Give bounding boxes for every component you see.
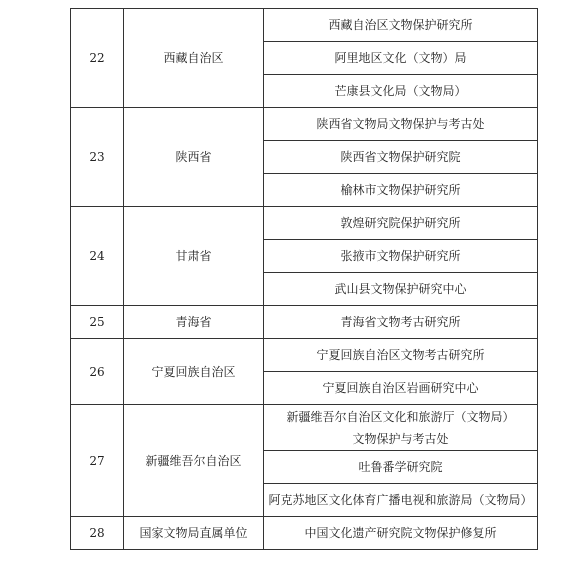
province-cell: 国家文物局直属单位 — [124, 517, 264, 550]
table-row: 22 西藏自治区 西藏自治区文物保护研究所 — [71, 9, 538, 42]
unit-cell: 张掖市文物保护研究所 — [264, 240, 538, 273]
province-cell: 西藏自治区 — [124, 9, 264, 108]
institution-table: 22 西藏自治区 西藏自治区文物保护研究所 阿里地区文化（文物）局 芒康县文化局… — [70, 8, 538, 550]
row-number: 26 — [71, 339, 124, 405]
row-number: 27 — [71, 405, 124, 517]
row-number: 24 — [71, 207, 124, 306]
unit-cell: 武山县文物保护研究中心 — [264, 273, 538, 306]
unit-cell-line: 新疆维吾尔自治区文化和旅游厅（文物局） — [264, 406, 537, 428]
unit-cell: 陕西省文物局文物保护与考古处 — [264, 108, 538, 141]
unit-cell: 西藏自治区文物保护研究所 — [264, 9, 538, 42]
table-row: 25 青海省 青海省文物考古研究所 — [71, 306, 538, 339]
row-number: 25 — [71, 306, 124, 339]
unit-cell: 中国文化遗产研究院文物保护修复所 — [264, 517, 538, 550]
province-cell: 新疆维吾尔自治区 — [124, 405, 264, 517]
unit-cell: 青海省文物考古研究所 — [264, 306, 538, 339]
unit-cell-line: 文物保护与考古处 — [264, 428, 537, 450]
row-number: 23 — [71, 108, 124, 207]
table-row: 24 甘肃省 敦煌研究院保护研究所 — [71, 207, 538, 240]
unit-cell: 敦煌研究院保护研究所 — [264, 207, 538, 240]
unit-cell: 吐鲁番学研究院 — [264, 451, 538, 484]
unit-cell: 阿克苏地区文化体育广播电视和旅游局（文物局） — [264, 484, 538, 517]
province-cell: 宁夏回族自治区 — [124, 339, 264, 405]
unit-cell: 陕西省文物保护研究院 — [264, 141, 538, 174]
row-number: 28 — [71, 517, 124, 550]
unit-cell: 芒康县文化局（文物局） — [264, 75, 538, 108]
table-row: 23 陕西省 陕西省文物局文物保护与考古处 — [71, 108, 538, 141]
table-row: 27 新疆维吾尔自治区 新疆维吾尔自治区文化和旅游厅（文物局） 文物保护与考古处 — [71, 405, 538, 451]
unit-cell: 宁夏回族自治区岩画研究中心 — [264, 372, 538, 405]
unit-cell: 宁夏回族自治区文物考古研究所 — [264, 339, 538, 372]
row-number: 22 — [71, 9, 124, 108]
table-row: 26 宁夏回族自治区 宁夏回族自治区文物考古研究所 — [71, 339, 538, 372]
province-cell: 甘肃省 — [124, 207, 264, 306]
province-cell: 青海省 — [124, 306, 264, 339]
unit-cell: 榆林市文物保护研究所 — [264, 174, 538, 207]
unit-cell: 新疆维吾尔自治区文化和旅游厅（文物局） 文物保护与考古处 — [264, 405, 538, 451]
province-cell: 陕西省 — [124, 108, 264, 207]
table-row: 28 国家文物局直属单位 中国文化遗产研究院文物保护修复所 — [71, 517, 538, 550]
unit-cell: 阿里地区文化（文物）局 — [264, 42, 538, 75]
